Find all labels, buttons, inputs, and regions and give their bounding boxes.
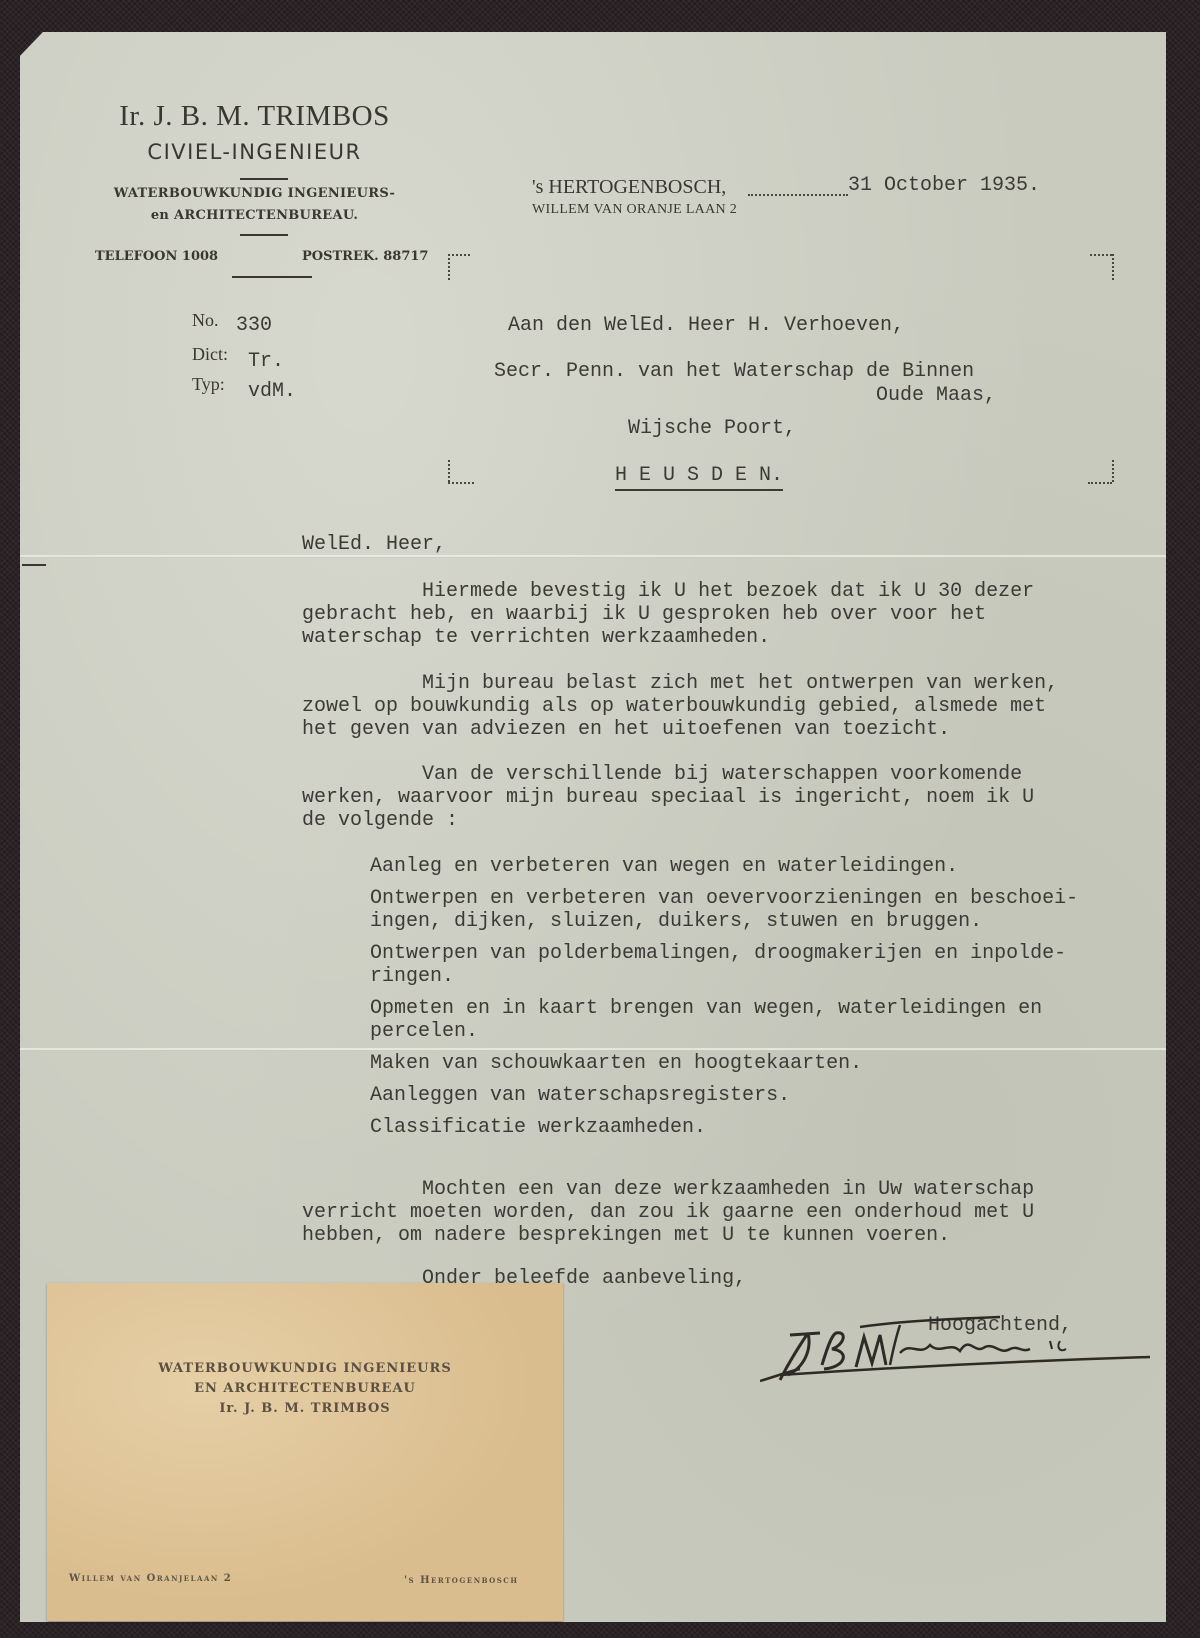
text-line: hebben, om nadere besprekingen met U te … xyxy=(302,1224,1034,1247)
corner-mark xyxy=(448,460,450,482)
text-line: Opmeten en in kaart brengen van wegen, w… xyxy=(370,997,1078,1020)
corner-mark xyxy=(448,254,470,256)
handwritten-signature xyxy=(760,1305,1150,1385)
addressee-city: H E U S D E N. xyxy=(615,464,783,491)
business-card: WATERBOUWKUNDIG INGENIEURS EN ARCHITECTE… xyxy=(47,1283,563,1621)
card-line1: WATERBOUWKUNDIG INGENIEURS xyxy=(47,1361,563,1376)
text-line: ringen. xyxy=(370,965,1078,988)
card-line3: Ir. J. B. M. TRIMBOS xyxy=(47,1401,563,1416)
paragraph-2: Mijn bureau belast zich met het ontwerpe… xyxy=(302,672,1058,741)
addressee-line1: Aan den WelEd. Heer H. Verhoeven, xyxy=(508,314,904,337)
text-line: werken, waarvoor mijn bureau speciaal is… xyxy=(302,786,1034,809)
divider xyxy=(240,234,288,236)
text-line: Aanleg en verbeteren van wegen en waterl… xyxy=(370,855,1078,878)
list-item: Aanleg en verbeteren van wegen en waterl… xyxy=(370,855,1078,878)
paragraph-3: Van de verschillende bij waterschappen v… xyxy=(302,763,1034,832)
text-line: Hiermede bevestig ik U het bezoek dat ik… xyxy=(302,580,1034,603)
addressee-line2: Secr. Penn. van het Waterschap de Binnen xyxy=(494,360,974,383)
fold-crease xyxy=(20,555,1166,558)
letterhead-firm-line1: WATERBOUWKUNDIG INGENIEURS- xyxy=(92,186,417,201)
text-line: Van de verschillende bij waterschappen v… xyxy=(302,763,1034,786)
text-line: Mijn bureau belast zich met het ontwerpe… xyxy=(302,672,1058,695)
text-line: Maken van schouwkaarten en hoogtekaarten… xyxy=(370,1052,1078,1075)
text-line: het geven van adviezen en het uitoefenen… xyxy=(302,718,1058,741)
addressee-line4: Wijsche Poort, xyxy=(628,417,796,440)
ref-typ-label: Typ: xyxy=(192,374,225,395)
text-line: Ontwerpen van polderbemalingen, droogmak… xyxy=(370,942,1078,965)
paragraph-4: Mochten een van deze werkzaamheden in Uw… xyxy=(302,1178,1034,1247)
telephone: TELEFOON 1008 xyxy=(95,249,218,264)
text-line: Mochten een van deze werkzaamheden in Uw… xyxy=(302,1178,1034,1201)
text-line: Ontwerpen en verbeteren van oevervoorzie… xyxy=(370,887,1078,910)
ref-typ-value: vdM. xyxy=(248,380,296,403)
list-item: Ontwerpen van polderbemalingen, droogmak… xyxy=(370,942,1078,988)
card-address: Willem van Oranjelaan 2 xyxy=(69,1573,232,1584)
letterhead-firm-line2: en ARCHITECTENBUREAU. xyxy=(92,208,417,223)
letterhead-name: Ir. J. B. M. TRIMBOS xyxy=(92,100,417,133)
text-line: ingen, dijken, sluizen, duikers, stuwen … xyxy=(370,910,1078,933)
text-line: zowel op bouwkundig als op waterbouwkund… xyxy=(302,695,1058,718)
corner-mark xyxy=(1112,460,1114,482)
letterhead-title: CIVIEL-INGENIEUR xyxy=(92,140,417,164)
card-city: 's Hertogenbosch xyxy=(404,1575,518,1586)
corner-mark xyxy=(448,254,450,280)
date-dotted-line xyxy=(748,194,848,196)
corner-mark xyxy=(1090,254,1112,256)
corner-mark xyxy=(448,482,474,484)
list-item: Ontwerpen en verbeteren van oevervoorzie… xyxy=(370,887,1078,933)
list-item: Aanleggen van waterschapsregisters. xyxy=(370,1084,1078,1107)
city-label: 's HERTOGENBOSCH, xyxy=(532,176,726,199)
paragraph-1: Hiermede bevestig ik U het bezoek dat ik… xyxy=(302,580,1034,649)
text-line: gebracht heb, en waarbij ik U gesproken … xyxy=(302,603,1034,626)
list-item: Opmeten en in kaart brengen van wegen, w… xyxy=(370,997,1078,1043)
card-line2: EN ARCHITECTENBUREAU xyxy=(47,1381,563,1396)
ref-no-value: 330 xyxy=(236,314,272,337)
street-address: WILLEM VAN ORANJE LAAN 2 xyxy=(532,202,737,218)
ref-no-label: No. xyxy=(192,310,219,331)
ref-dict-label: Dict: xyxy=(192,344,228,365)
text-line: percelen. xyxy=(370,1020,1078,1043)
postal-account: POSTREK. 88717 xyxy=(302,249,428,264)
corner-mark xyxy=(1112,254,1114,280)
text-line: de volgende : xyxy=(302,809,1034,832)
salutation: WelEd. Heer, xyxy=(302,533,446,556)
text-line: waterschap te verrichten werkzaamheden. xyxy=(302,626,1034,649)
list-item: Maken van schouwkaarten en hoogtekaarten… xyxy=(370,1052,1078,1075)
text-line: verricht moeten worden, dan zou ik gaarn… xyxy=(302,1201,1034,1224)
ref-dict-value: Tr. xyxy=(248,350,284,373)
letter-date: 31 October 1935. xyxy=(848,174,1040,197)
text-line: Classificatie werkzaamheden. xyxy=(370,1116,1078,1139)
list-item: Classificatie werkzaamheden. xyxy=(370,1116,1078,1139)
addressee-line3: Oude Maas, xyxy=(876,384,996,407)
services-list: Aanleg en verbeteren van wegen en waterl… xyxy=(370,855,1078,1139)
fold-mark xyxy=(22,564,46,566)
corner-mark xyxy=(1088,482,1112,484)
divider xyxy=(232,276,312,278)
text-line: Aanleggen van waterschapsregisters. xyxy=(370,1084,1078,1107)
divider xyxy=(240,178,288,180)
